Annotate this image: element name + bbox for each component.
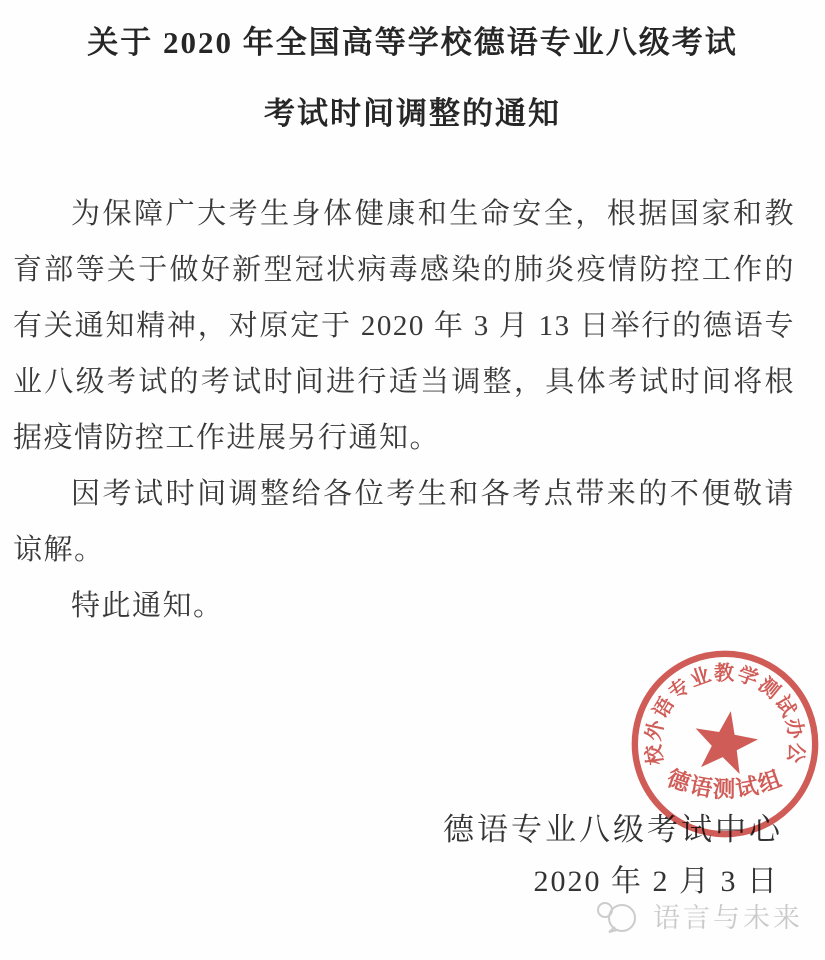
notice-body: 为保障广大考生身体健康和生命安全，根据国家和教育部等关于做好新型冠状病毒感染的肺… (0, 186, 825, 634)
notice-date: 2020 年 2 月 3 日 (534, 856, 780, 900)
seal-inner-text: 德语测试组 (664, 764, 786, 802)
watermark-label: 语言与未来 (653, 896, 803, 935)
notice-paragraph-3: 特此通知。 (13, 578, 795, 634)
official-seal-stamp: 高校外语专业教学测试办公室 德语测试组 (627, 646, 823, 842)
watermark: 语言与未来 (595, 896, 803, 935)
notice-title-line1: 关于 2020 年全国高等学校德语专业八级考试 (0, 0, 825, 62)
notice-paragraph-2: 因考试时间调整给各位考生和各考点带来的不便敬请谅解。 (13, 466, 795, 578)
seal-star-icon (689, 706, 762, 776)
notice-document: 关于 2020 年全国高等学校德语专业八级考试 考试时间调整的通知 为保障广大考… (0, 0, 825, 960)
notice-title-line2: 考试时间调整的通知 (0, 95, 825, 133)
language-future-logo-icon (595, 897, 643, 935)
svg-text:德语测试组: 德语测试组 (664, 764, 786, 802)
notice-paragraph-1: 为保障广大考生身体健康和生命安全，根据国家和教育部等关于做好新型冠状病毒感染的肺… (13, 186, 795, 466)
